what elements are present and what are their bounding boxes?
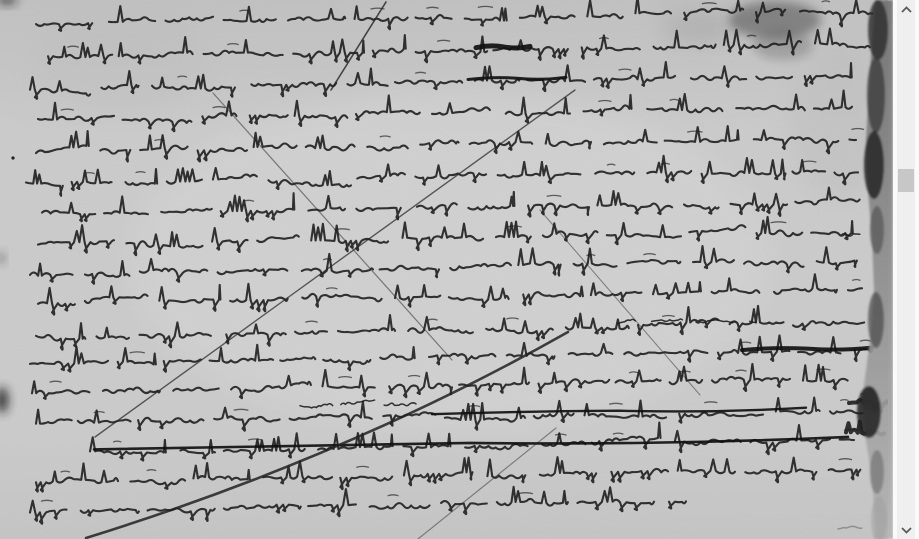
manuscript-scan-svg: [0, 0, 893, 539]
scrollbar-thumb[interactable]: [898, 169, 914, 192]
chevron-down-icon: [900, 526, 913, 535]
chevron-up-icon: [900, 5, 913, 14]
document-viewer-window: [0, 0, 919, 539]
scroll-up-button[interactable]: [893, 0, 919, 18]
vertical-scrollbar[interactable]: [893, 0, 919, 539]
scrollbar-track[interactable]: [897, 0, 915, 539]
scroll-down-button[interactable]: [893, 521, 919, 539]
manuscript-scan: [0, 0, 893, 539]
